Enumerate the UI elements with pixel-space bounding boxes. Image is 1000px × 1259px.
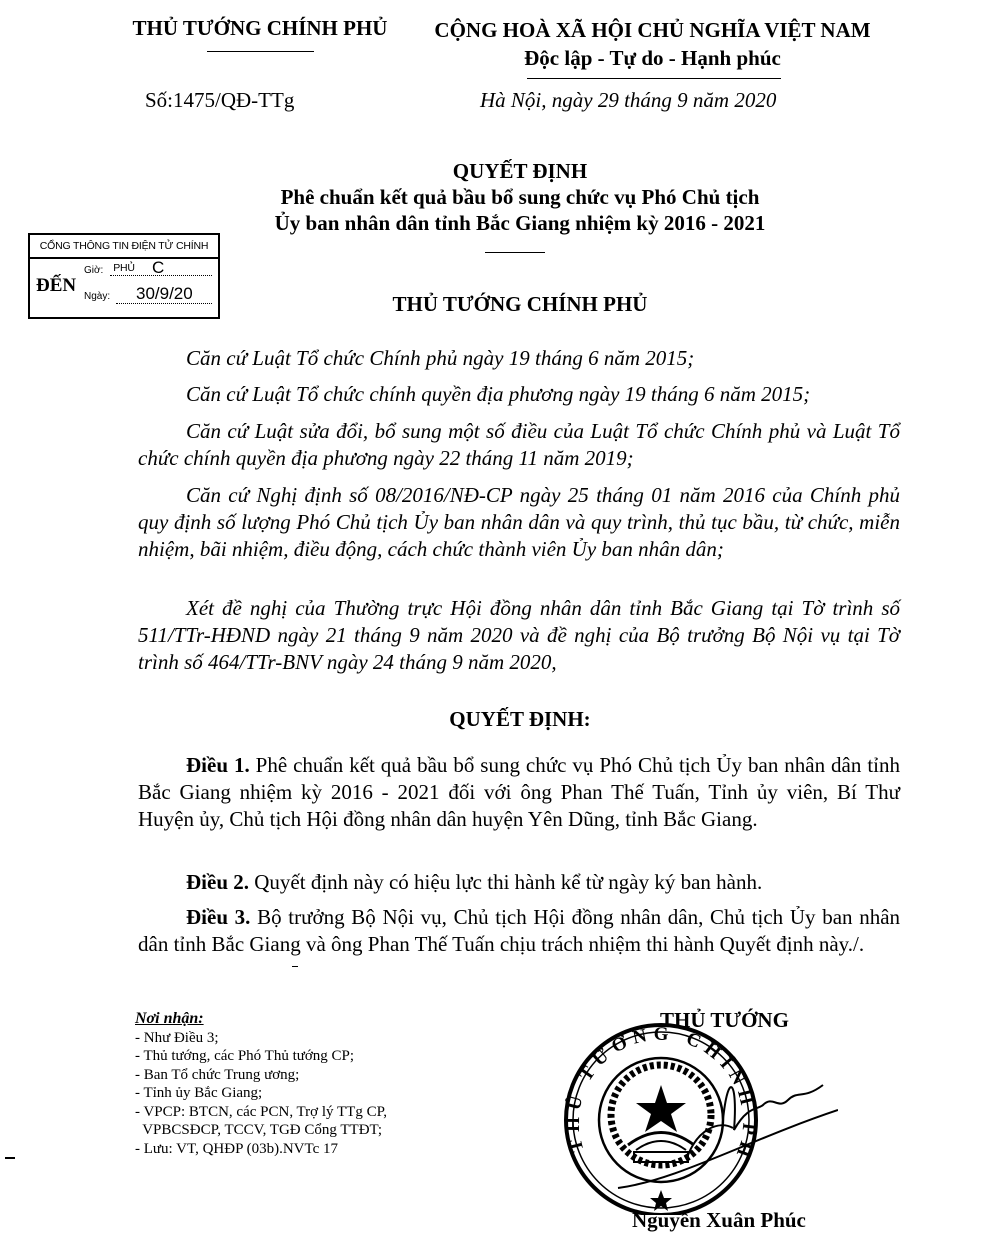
nation-name: CỘNG HOÀ XÃ HỘI CHỦ NGHĨA VIỆT NAM bbox=[415, 16, 890, 44]
divider bbox=[207, 51, 314, 52]
stamp-time-value: C bbox=[152, 258, 164, 278]
preamble-item: Căn cứ Luật Tổ chức Chính phủ ngày 19 th… bbox=[138, 345, 900, 372]
received-stamp: CỔNG THÔNG TIN ĐIỆN TỬ CHÍNH PHỦ ĐẾN Giờ… bbox=[28, 233, 220, 319]
place-and-date: Hà Nội, ngày 29 tháng 9 năm 2020 bbox=[480, 88, 776, 113]
recipient-item: - VPCP: BTCN, các PCN, Trợ lý TTg CP, bbox=[135, 1103, 495, 1122]
recipients-heading: Nơi nhận: bbox=[135, 1010, 495, 1029]
issuer-heading: THỦ TƯỚNG CHÍNH PHỦ bbox=[220, 292, 820, 317]
document-type: QUYẾT ĐỊNH bbox=[220, 158, 820, 184]
article-label: Điều 1. bbox=[186, 753, 250, 777]
stamp-date-value: 30/9/20 bbox=[136, 284, 193, 304]
article-3: Điều 3. Bộ trưởng Bộ Nội vụ, Chủ tịch Hộ… bbox=[138, 904, 900, 958]
subject-line-1: Phê chuẩn kết quả bầu bổ sung chức vụ Ph… bbox=[220, 184, 820, 210]
article-label: Điều 3. bbox=[186, 905, 250, 929]
stamp-label: ĐẾN bbox=[36, 275, 76, 297]
stamp-date-label: Ngày: bbox=[84, 291, 110, 302]
divider bbox=[485, 252, 545, 253]
recipient-item: - Ban Tổ chức Trung ương; bbox=[135, 1066, 495, 1085]
issuing-authority: THỦ TƯỚNG CHÍNH PHỦ bbox=[120, 16, 400, 41]
stamp-org: CỔNG THÔNG TIN ĐIỆN TỬ CHÍNH PHỦ bbox=[30, 235, 218, 259]
signatory-title: THỦ TƯỚNG bbox=[660, 1008, 789, 1033]
article-label: Điều 2. bbox=[186, 870, 249, 894]
recipient-item: - Lưu: VT, QHĐP (03b).NVTc 17 bbox=[135, 1140, 495, 1159]
recipient-item: - Thủ tướng, các Phó Thủ tướng CP; bbox=[135, 1047, 495, 1066]
document-number: Số:1475/QĐ-TTg bbox=[145, 88, 294, 113]
subject-line-2: Ủy ban nhân dân tỉnh Bắc Giang nhiệm kỳ … bbox=[220, 210, 820, 236]
stray-mark bbox=[292, 966, 298, 967]
signatory-name: Nguyễn Xuân Phúc bbox=[632, 1208, 806, 1233]
stamp-time-label: Giờ: bbox=[84, 265, 103, 276]
preamble-item: Căn cứ Luật sửa đổi, bổ sung một số điều… bbox=[138, 418, 900, 472]
official-seal-icon: THỦ TƯỚNG CHÍNH PHỦ bbox=[548, 1010, 838, 1215]
national-motto: Độc lập - Tự do - Hạnh phúc bbox=[415, 44, 890, 72]
recipients-list: Nơi nhận: - Như Điều 3; - Thủ tướng, các… bbox=[135, 1010, 495, 1158]
recipient-item: - Như Điều 3; bbox=[135, 1029, 495, 1048]
national-title-block: CỘNG HOÀ XÃ HỘI CHỦ NGHĨA VIỆT NAM Độc l… bbox=[415, 16, 890, 72]
preamble-item: Căn cứ Luật Tổ chức chính quyền địa phươ… bbox=[138, 381, 900, 408]
decision-heading: QUYẾT ĐỊNH: bbox=[220, 707, 820, 732]
divider bbox=[527, 78, 781, 79]
article-1: Điều 1. Phê chuẩn kết quả bầu bổ sung ch… bbox=[138, 752, 900, 833]
recipient-item: VPBCSĐCP, TCCV, TGĐ Cổng TTĐT; bbox=[135, 1121, 495, 1140]
document-title: QUYẾT ĐỊNH Phê chuẩn kết quả bầu bổ sung… bbox=[220, 158, 820, 236]
article-2: Điều 2. Quyết định này có hiệu lực thi h… bbox=[138, 869, 900, 896]
preamble-item: Căn cứ Nghị định số 08/2016/NĐ-CP ngày 2… bbox=[138, 482, 900, 563]
recipient-item: - Tỉnh ủy Bắc Giang; bbox=[135, 1084, 495, 1103]
preamble-item: Xét đề nghị của Thường trực Hội đồng nhâ… bbox=[138, 595, 900, 676]
scan-artifact bbox=[5, 1157, 15, 1159]
